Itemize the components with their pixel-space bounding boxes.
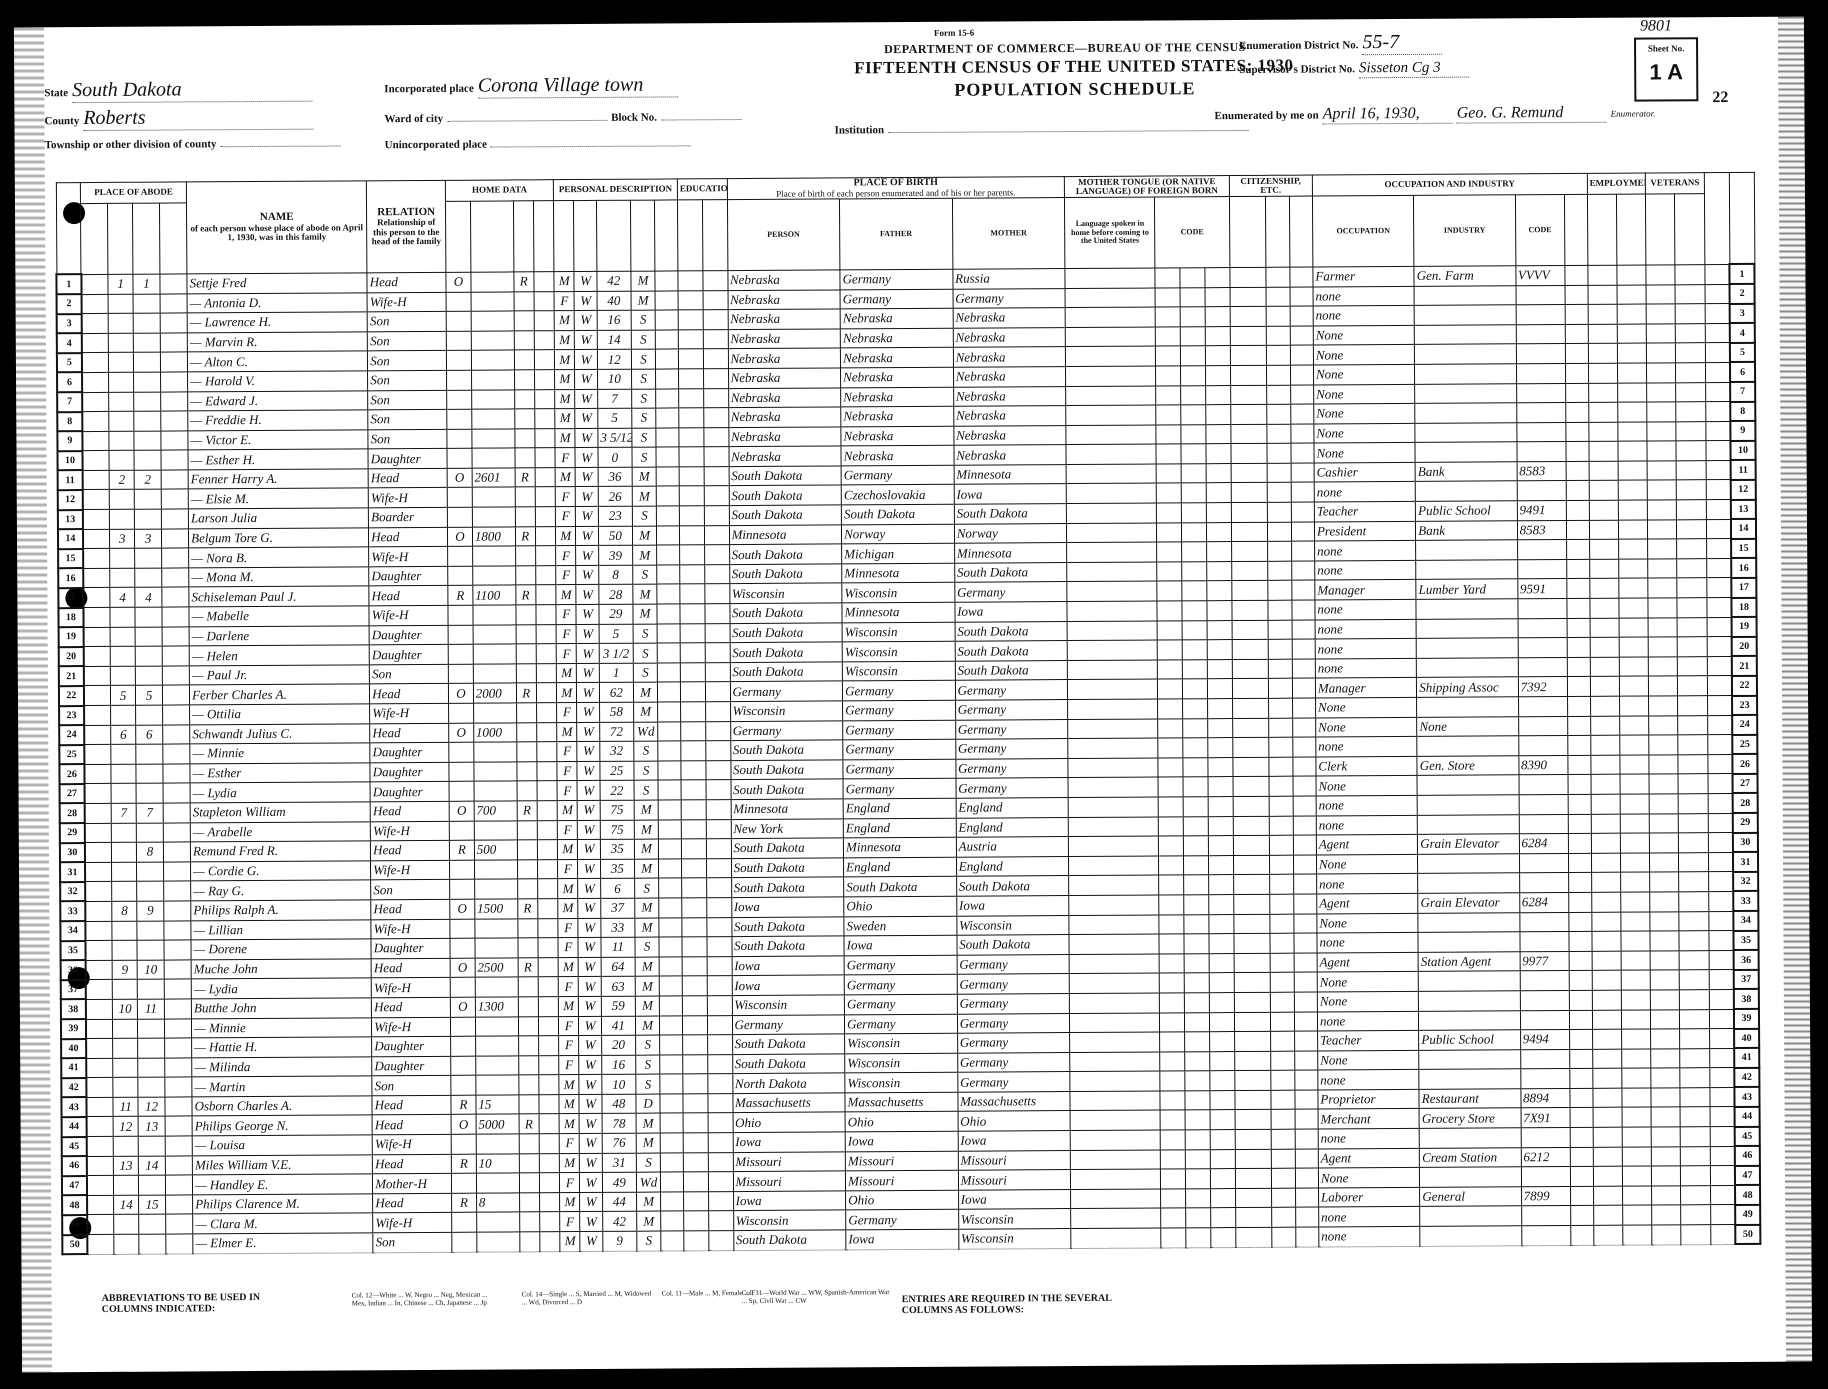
cell-occ: None bbox=[1314, 384, 1415, 404]
supervisor-value: Sisseton Cg 3 bbox=[1359, 60, 1469, 79]
cell-empty bbox=[1569, 931, 1592, 951]
cell-empty bbox=[684, 1211, 709, 1231]
cell-empty bbox=[706, 858, 731, 878]
cell-rel: Wife-H bbox=[367, 292, 446, 312]
cell-age: 42 bbox=[597, 271, 631, 291]
line-number: 47 bbox=[1735, 1166, 1760, 1186]
cell-fam: 11 bbox=[137, 999, 164, 1019]
cell-code bbox=[1518, 618, 1568, 638]
line-number: 14 bbox=[58, 529, 83, 549]
cell-empty bbox=[1676, 343, 1705, 363]
cell-empty bbox=[1648, 539, 1677, 559]
cell-empty bbox=[539, 1095, 559, 1115]
cell-occ: none bbox=[1315, 658, 1416, 678]
cell-own bbox=[450, 919, 475, 939]
cell-empty bbox=[534, 350, 554, 370]
cell-fam: 13 bbox=[138, 1117, 165, 1137]
cell-empty bbox=[1652, 1205, 1681, 1225]
cell-rel: Wife-H bbox=[369, 605, 448, 625]
cell-pob: South Dakota bbox=[730, 740, 843, 760]
cell-val bbox=[472, 507, 515, 527]
cell-ms: S bbox=[633, 741, 658, 761]
cell-empty bbox=[705, 702, 730, 722]
cell-empty bbox=[1681, 1146, 1710, 1166]
cell-empty bbox=[1291, 306, 1314, 326]
cell-empty bbox=[703, 388, 728, 408]
cell-empty bbox=[1205, 385, 1230, 405]
cell-own bbox=[447, 488, 472, 508]
cell-rel: Daughter bbox=[369, 645, 448, 665]
cell-own bbox=[452, 1213, 477, 1233]
cell-empty bbox=[661, 1231, 684, 1251]
cell-empty bbox=[1567, 638, 1590, 658]
cell-empty bbox=[535, 409, 555, 429]
required-entries-label: ENTRIES ARE REQUIRED IN THE SEVERAL COLU… bbox=[902, 1293, 1122, 1316]
cell-empty bbox=[705, 584, 730, 604]
cell-empty bbox=[1294, 855, 1317, 875]
cell-code bbox=[1521, 1206, 1571, 1226]
cell-empty bbox=[1207, 679, 1232, 699]
cell-pob: South Dakota bbox=[729, 466, 842, 486]
cell-empty bbox=[81, 294, 108, 314]
cell-age: 42 bbox=[603, 1212, 637, 1232]
cell-name: Belgum Tore G. bbox=[189, 527, 369, 548]
cell-fpob: Germany bbox=[843, 759, 956, 779]
cell-own bbox=[451, 1173, 476, 1193]
cell-fpob: England bbox=[843, 798, 956, 818]
cell-rel: Daughter bbox=[370, 743, 449, 763]
cell-name: — Martin bbox=[192, 1076, 372, 1097]
cell-ms: S bbox=[635, 937, 660, 957]
cell-empty bbox=[656, 428, 679, 448]
cell-empty bbox=[1295, 1090, 1318, 1110]
cell-empty bbox=[1159, 816, 1184, 836]
cell-ms: S bbox=[631, 349, 656, 369]
cell-sex: F bbox=[558, 938, 578, 958]
cell-empty bbox=[1232, 620, 1268, 640]
cell-mpob: Germany bbox=[956, 758, 1069, 778]
cell-empty bbox=[1230, 287, 1266, 307]
line-number: 24 bbox=[1732, 715, 1757, 735]
cell-empty bbox=[1234, 933, 1270, 953]
cell-ms: M bbox=[632, 526, 657, 546]
cell-empty bbox=[1678, 617, 1707, 637]
cell-empty bbox=[1230, 306, 1266, 326]
cell-empty bbox=[1588, 344, 1617, 364]
cell-empty bbox=[1676, 363, 1705, 383]
cell-empty bbox=[1185, 1091, 1210, 1111]
cell-empty bbox=[1182, 640, 1207, 660]
line-number: 49 bbox=[1735, 1205, 1760, 1225]
cell-empty bbox=[1233, 855, 1269, 875]
cell-age: 78 bbox=[602, 1114, 636, 1134]
cell-ms: M bbox=[634, 820, 659, 840]
cell-dw bbox=[110, 568, 135, 588]
cell-empty bbox=[1268, 679, 1293, 699]
cell-empty bbox=[1651, 1068, 1680, 1088]
cell-empty bbox=[1565, 285, 1588, 305]
cell-empty bbox=[87, 1176, 114, 1196]
cell-occ: Agent bbox=[1316, 835, 1417, 855]
cell-empty bbox=[1706, 519, 1731, 539]
cell-empty bbox=[680, 545, 705, 565]
cell-empty bbox=[1185, 1149, 1210, 1169]
cell-empty bbox=[1291, 463, 1314, 483]
cell-empty bbox=[1070, 1012, 1160, 1032]
cell-empty bbox=[1621, 912, 1650, 932]
cell-empty bbox=[1269, 816, 1294, 836]
cell-occ: Agent bbox=[1318, 1148, 1419, 1168]
cell-empty bbox=[1569, 951, 1592, 971]
cell-empty bbox=[1565, 324, 1588, 344]
line-number: 22 bbox=[59, 686, 84, 706]
cell-empty bbox=[1159, 836, 1184, 856]
cell-empty bbox=[164, 862, 191, 882]
cell-empty bbox=[1622, 1107, 1651, 1127]
cell-rel: Wife-H bbox=[368, 488, 447, 508]
home-data-header: HOME DATA bbox=[445, 180, 553, 202]
cell-empty bbox=[1705, 323, 1730, 343]
cell-empty bbox=[1293, 678, 1316, 698]
cell-name: — Harold V. bbox=[188, 371, 368, 392]
cell-farm bbox=[515, 546, 535, 566]
cell-empty bbox=[1710, 1205, 1735, 1225]
line-number: 18 bbox=[58, 608, 83, 628]
cell-age: 5 bbox=[598, 408, 632, 428]
cell-code: 7X91 bbox=[1521, 1108, 1571, 1128]
cell-empty bbox=[87, 1215, 114, 1235]
cell-empty bbox=[1681, 1185, 1710, 1205]
cell-own: R bbox=[448, 586, 473, 606]
cell-name: — Lydia bbox=[190, 782, 370, 803]
block-label: Block No. bbox=[611, 112, 657, 124]
cell-empty bbox=[656, 349, 679, 369]
cell-empty bbox=[166, 1214, 193, 1234]
cell-empty bbox=[1066, 464, 1156, 484]
cell-empty bbox=[1230, 365, 1266, 385]
cell-empty bbox=[660, 1035, 683, 1055]
cell-val bbox=[471, 272, 514, 292]
cell-farm: R bbox=[517, 801, 537, 821]
cell-fpob: Germany bbox=[843, 739, 956, 759]
cell-empty bbox=[1677, 500, 1706, 520]
cell-empty bbox=[83, 568, 110, 588]
cell-ms: M bbox=[635, 957, 660, 977]
cell-pob: Nebraska bbox=[728, 329, 841, 349]
cell-mpob: Germany bbox=[957, 1013, 1070, 1033]
cell-occ: Clerk bbox=[1316, 756, 1417, 776]
cell-name: — Louisa bbox=[192, 1135, 372, 1156]
cell-pob: South Dakota bbox=[729, 505, 842, 525]
cell-empty bbox=[1649, 715, 1678, 735]
cell-val: 2601 bbox=[472, 468, 515, 488]
cell-rel: Daughter bbox=[369, 566, 448, 586]
cell-fpob: Missouri bbox=[845, 1151, 958, 1171]
cell-name: Settje Fred bbox=[187, 273, 367, 294]
cell-fpob: Germany bbox=[840, 289, 953, 309]
cell-empty bbox=[681, 839, 706, 859]
cell-own bbox=[450, 860, 475, 880]
cell-empty bbox=[1710, 1146, 1735, 1166]
cell-empty bbox=[1589, 481, 1618, 501]
name-header: NAMEof each person whose place of abode … bbox=[186, 181, 367, 274]
line-number: 12 bbox=[1731, 480, 1756, 500]
cell-empty bbox=[683, 1152, 708, 1172]
cell-empty bbox=[1619, 657, 1648, 677]
cell-empty bbox=[1565, 344, 1588, 364]
cell-dw bbox=[112, 940, 137, 960]
cell-empty bbox=[660, 1094, 683, 1114]
cell-own bbox=[447, 409, 472, 429]
cell-empty bbox=[1622, 1127, 1651, 1147]
cell-mpob: Nebraska bbox=[953, 386, 1066, 406]
cell-dw bbox=[111, 784, 136, 804]
cell-empty bbox=[86, 1097, 113, 1117]
cell-empty bbox=[1292, 620, 1315, 640]
cell-race: W bbox=[576, 526, 599, 546]
cell-empty bbox=[1677, 461, 1706, 481]
cell-empty bbox=[1205, 365, 1230, 385]
cell-empty bbox=[1268, 620, 1293, 640]
cell-val bbox=[474, 781, 517, 801]
cell-empty bbox=[1205, 307, 1230, 327]
cell-ind bbox=[1420, 1226, 1521, 1246]
cell-empty bbox=[1266, 306, 1291, 326]
cell-empty bbox=[705, 662, 730, 682]
cell-farm bbox=[514, 311, 534, 331]
cell-farm bbox=[517, 860, 537, 880]
cell-empty bbox=[165, 1097, 192, 1117]
cell-age: 72 bbox=[600, 722, 634, 742]
cell-empty bbox=[1650, 853, 1679, 873]
cell-rel: Head bbox=[371, 899, 450, 919]
cell-empty bbox=[1652, 1166, 1681, 1186]
cell-empty bbox=[1592, 931, 1621, 951]
cell-empty bbox=[82, 353, 109, 373]
cell-pob: Wisconsin bbox=[732, 995, 845, 1015]
cell-empty bbox=[1183, 738, 1208, 758]
cell-empty bbox=[537, 801, 557, 821]
place-of-birth-header: PLACE OF BIRTHPlace of birth of each per… bbox=[727, 177, 1065, 200]
cell-empty bbox=[1648, 598, 1677, 618]
cell-empty bbox=[1231, 483, 1267, 503]
cell-empty bbox=[163, 764, 190, 784]
line-number: 21 bbox=[59, 666, 84, 686]
cell-empty bbox=[1156, 327, 1181, 347]
sheet-number-box: Sheet No. 1 A bbox=[1634, 37, 1698, 101]
cell-age: 3 5/12 bbox=[598, 428, 632, 448]
cell-empty bbox=[1590, 735, 1619, 755]
cell-empty bbox=[1269, 875, 1294, 895]
cell-empty bbox=[683, 1113, 708, 1133]
cell-empty bbox=[81, 314, 108, 334]
cell-empty bbox=[1651, 1127, 1680, 1147]
cell-val bbox=[476, 1173, 519, 1193]
line-number: 35 bbox=[60, 941, 85, 961]
cell-empty bbox=[1290, 267, 1313, 287]
cell-empty bbox=[1617, 304, 1646, 324]
cell-mpob: Germany bbox=[955, 700, 1068, 720]
father-header: FATHER bbox=[840, 198, 953, 270]
cell-occ: None bbox=[1318, 1050, 1419, 1070]
cell-empty bbox=[1159, 875, 1184, 895]
cell-fam bbox=[137, 921, 164, 941]
cell-fpob: Iowa bbox=[844, 935, 957, 955]
line-number: 1 bbox=[56, 275, 81, 295]
cell-empty bbox=[83, 588, 110, 608]
cell-empty bbox=[539, 1173, 559, 1193]
cell-mpob: South Dakota bbox=[957, 935, 1070, 955]
cell-race: W bbox=[575, 428, 598, 448]
cell-ms: S bbox=[633, 663, 658, 683]
cell-empty bbox=[658, 643, 681, 663]
cell-empty bbox=[682, 956, 707, 976]
cell-ms: M bbox=[633, 702, 658, 722]
cell-code bbox=[1517, 559, 1567, 579]
cell-rel: Head bbox=[370, 684, 449, 704]
cell-sex: M bbox=[559, 1153, 579, 1173]
cell-empty bbox=[1707, 695, 1732, 715]
line-number: 41 bbox=[61, 1058, 86, 1078]
line-number: 20 bbox=[1732, 637, 1757, 657]
cell-empty bbox=[162, 587, 189, 607]
cell-code bbox=[1520, 932, 1570, 952]
cell-occ: None bbox=[1317, 913, 1418, 933]
cell-empty bbox=[1621, 1009, 1650, 1029]
cell-empty bbox=[1678, 754, 1707, 774]
line-number: 49 bbox=[62, 1215, 87, 1235]
cell-empty bbox=[1590, 696, 1619, 716]
cell-ms: M bbox=[632, 487, 657, 507]
cell-empty bbox=[1271, 1208, 1296, 1228]
cell-empty bbox=[165, 1116, 192, 1136]
cell-race: W bbox=[579, 1055, 602, 1075]
cell-code: 7392 bbox=[1518, 677, 1568, 697]
cell-empty bbox=[1270, 1031, 1295, 1051]
cell-empty bbox=[706, 800, 731, 820]
cell-age: 10 bbox=[597, 369, 631, 389]
cell-empty bbox=[162, 627, 189, 647]
cell-empty bbox=[1593, 1166, 1622, 1186]
line-number: 36 bbox=[61, 960, 86, 980]
cell-empty bbox=[1158, 679, 1183, 699]
cell-ms: M bbox=[631, 291, 656, 311]
cell-empty bbox=[539, 1114, 559, 1134]
cell-ind bbox=[1419, 1010, 1520, 1030]
cell-empty bbox=[1649, 794, 1678, 814]
cell-empty bbox=[661, 1113, 684, 1133]
cell-empty bbox=[1679, 931, 1708, 951]
cell-mpob: Iowa bbox=[954, 484, 1067, 504]
cell-pob: Iowa bbox=[733, 1191, 846, 1211]
cell-empty bbox=[1271, 1188, 1296, 1208]
cell-fpob: Germany bbox=[841, 465, 954, 485]
cell-age: 75 bbox=[600, 800, 634, 820]
cell-fpob: Ohio bbox=[845, 1112, 958, 1132]
cell-fpob: South Dakota bbox=[841, 504, 954, 524]
cell-race: W bbox=[577, 702, 600, 722]
cell-mpob: Nebraska bbox=[953, 366, 1066, 386]
cell-empty bbox=[1620, 774, 1649, 794]
cell-empty bbox=[1210, 1051, 1235, 1071]
cell-empty bbox=[1066, 366, 1156, 386]
cell-empty bbox=[1592, 951, 1621, 971]
cell-empty bbox=[1208, 816, 1233, 836]
cell-sex: M bbox=[560, 1192, 580, 1212]
cell-empty bbox=[656, 330, 679, 350]
line-number: 2 bbox=[57, 294, 82, 314]
cell-empty bbox=[1183, 718, 1208, 738]
line-number: 32 bbox=[60, 882, 85, 902]
cell-code bbox=[1519, 873, 1569, 893]
cell-empty bbox=[1567, 579, 1590, 599]
cell-fpob: Nebraska bbox=[840, 328, 953, 348]
cell-name: — Minnie bbox=[192, 1017, 372, 1038]
relation-header: RELATIONRelationship of this person to t… bbox=[367, 180, 446, 272]
cell-empty bbox=[656, 388, 679, 408]
cell-empty bbox=[1206, 503, 1231, 523]
cell-code bbox=[1518, 657, 1568, 677]
cell-dw: 8 bbox=[112, 901, 137, 921]
cell-name: — Handley E. bbox=[193, 1174, 373, 1195]
cell-empty bbox=[1710, 1127, 1735, 1147]
cell-empty bbox=[1651, 1009, 1680, 1029]
cell-race: W bbox=[580, 1133, 603, 1153]
cell-ms: S bbox=[633, 643, 658, 663]
cell-empty bbox=[1182, 581, 1207, 601]
cell-empty bbox=[1567, 559, 1590, 579]
cell-empty bbox=[1156, 425, 1181, 445]
cell-pob: South Dakota bbox=[729, 485, 842, 505]
cell-name: — Victor E. bbox=[188, 430, 368, 451]
cell-pob: Germany bbox=[732, 1014, 845, 1034]
cell-mpob: South Dakota bbox=[956, 876, 1069, 896]
cell-empty bbox=[658, 761, 681, 781]
cell-empty bbox=[1209, 1012, 1234, 1032]
cell-empty bbox=[1620, 814, 1649, 834]
cell-name: Stapleton William bbox=[190, 802, 370, 823]
form-number: Form 15-6 bbox=[934, 28, 974, 38]
cell-empty bbox=[1591, 833, 1620, 853]
cell-empty bbox=[1648, 559, 1677, 579]
cell-empty bbox=[656, 447, 679, 467]
line-number: 19 bbox=[59, 627, 84, 647]
cell-empty bbox=[1070, 993, 1160, 1013]
cell-code: 6284 bbox=[1519, 892, 1569, 912]
cell-empty bbox=[704, 466, 729, 486]
cell-empty bbox=[1651, 1146, 1680, 1166]
cell-farm bbox=[518, 938, 538, 958]
cell-age: 76 bbox=[602, 1133, 636, 1153]
cell-empty bbox=[681, 800, 706, 820]
cell-ms: M bbox=[633, 604, 658, 624]
cell-rel: Son bbox=[371, 880, 450, 900]
cell-empty bbox=[160, 293, 187, 313]
cell-farm bbox=[518, 1055, 538, 1075]
cell-empty bbox=[1205, 326, 1230, 346]
cell-empty bbox=[1067, 523, 1157, 543]
cell-empty bbox=[1068, 699, 1158, 719]
cell-empty bbox=[1570, 1049, 1593, 1069]
cell-age: 49 bbox=[602, 1172, 636, 1192]
cell-own bbox=[449, 742, 474, 762]
cell-name: — Hattie H. bbox=[192, 1037, 372, 1058]
cell-mpob: Minnesota bbox=[954, 543, 1067, 563]
cell-empty bbox=[1157, 620, 1182, 640]
cell-pob: Wisconsin bbox=[730, 701, 843, 721]
cell-empty bbox=[1292, 541, 1315, 561]
cell-dw bbox=[113, 1019, 138, 1039]
